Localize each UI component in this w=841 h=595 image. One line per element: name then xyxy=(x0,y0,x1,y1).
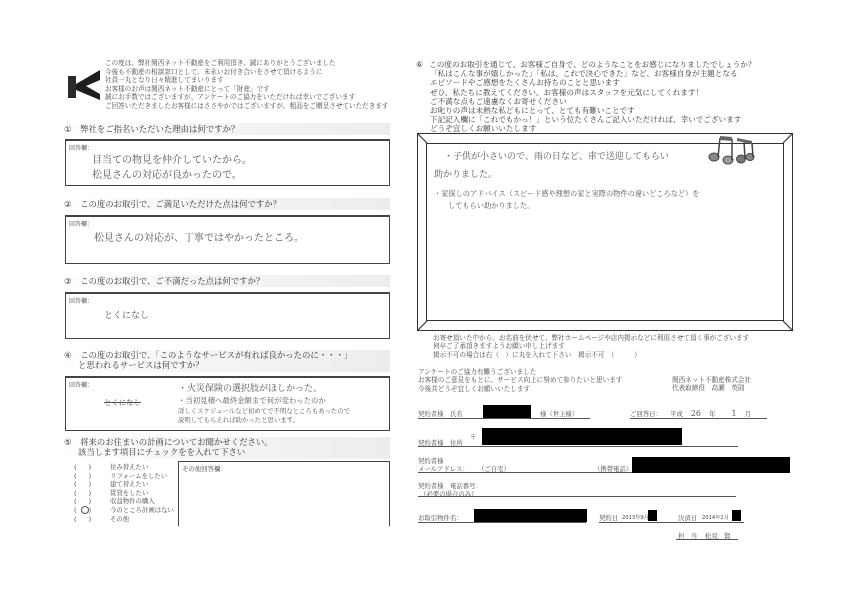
answer-label: 回答欄： xyxy=(69,219,93,228)
handwritten-answer: してもらい助かりました。 xyxy=(430,200,699,212)
question-number: ③ xyxy=(64,276,72,286)
email-field[interactable] xyxy=(418,472,632,473)
name-label: 契約者様 氏名 xyxy=(418,409,463,418)
other-answer-label: その他回答欄： xyxy=(182,464,227,473)
name-suffix: 様（世主様） xyxy=(540,409,578,418)
other-answer-box[interactable]: その他回答欄： xyxy=(178,461,390,526)
date-field[interactable] xyxy=(630,418,767,419)
handwritten-answer: とくになし xyxy=(104,308,149,321)
handwritten-answer: 松見さんの対応が良かったので。 xyxy=(92,166,242,181)
answer-label: 回答欄： xyxy=(69,380,93,389)
answer-label: 回答欄： xyxy=(69,296,93,305)
answer-box-1[interactable]: 回答欄： 目当ての物見を仲介していたから。 松見さんの対応が良かったので。 xyxy=(65,139,390,186)
settlement-date-label: 決済日 xyxy=(678,513,697,522)
k-logo-icon xyxy=(68,68,100,100)
answer-box-2[interactable]: 回答欄： 松見さんの対応が、丁寧ではやかったところ。 xyxy=(65,215,390,264)
dates-underline xyxy=(599,522,744,523)
handwritten-answer: ・家探しのアドバイス（スピード感や理想の家と実際の物件の違いどころなど）を xyxy=(430,188,699,200)
handwritten-answer: 目当ての物見を仲介していたから。 xyxy=(92,151,252,166)
question-number: ② xyxy=(64,199,72,209)
intro-line: 誠にお手数ではございますが、アンケートのご協力をいただければ幸いでございます xyxy=(105,93,389,102)
month-unit: 月 xyxy=(745,410,751,418)
crossed-out-answer: とくになし xyxy=(104,398,141,408)
question-number: ⑥ xyxy=(416,60,423,69)
question-text: と思われるサービスは何ですか？ xyxy=(78,360,352,370)
handwritten-answer-6: ・子供が小さいので、雨の日など、車で送迎してもらい 助かりました。 ・家探しのア… xyxy=(430,150,699,212)
redacted-contract-day xyxy=(648,510,657,521)
thanks-text: アンケートのご協力有難うございました お客様のご意見をもとに、サービス向上に努め… xyxy=(418,368,622,393)
year-value: 26 xyxy=(691,409,701,418)
redacted-name xyxy=(483,405,531,419)
question-text: 該当します項目にチェックをを入れて下さい xyxy=(78,447,273,457)
question-3: ③ この度のお取引で、ご不満だった点は何ですか？ xyxy=(64,276,264,286)
intro-text: この度は、弊社関西ネット不動産をご利用頂き、誠にありがとうございました 今後も不… xyxy=(105,59,389,111)
question-text: 将来のお住まいの計画についてお聞かせください。 xyxy=(80,437,272,447)
year-unit: 年 xyxy=(709,410,715,418)
question-text: この度のお取引で、ご不満だった点は何ですか？ xyxy=(80,276,264,286)
consent-text: お寄せ頂いた中から、お名前を伏せて、弊社ホームページや店内掲示などに利用させて頂… xyxy=(433,334,749,359)
question-text: お叱りの声は未熟な私どもにとって、とても有難いことです xyxy=(430,106,755,115)
contract-date-label: 契約日 xyxy=(599,513,618,522)
question-5: ⑤ 将来のお住まいの計画についてお聞かせください。 該当します項目にチェックをを… xyxy=(64,437,273,457)
era: 平成 xyxy=(670,410,683,418)
redacted-email xyxy=(632,457,790,473)
plan-option-label: その他 xyxy=(110,515,129,523)
redacted-address xyxy=(482,428,682,445)
phone-field[interactable] xyxy=(418,496,736,497)
staff-underline xyxy=(676,539,738,540)
plan-option[interactable]: ( )その他 xyxy=(74,514,129,523)
handwritten-answer: ・子供が小さいので、雨の日など、車で送迎してもらい xyxy=(430,150,699,164)
question-text: 弊社をご指名いただいた理由は何ですか？ xyxy=(80,124,239,134)
month-value: 1 xyxy=(732,409,737,418)
question-1: ① 弊社をご指名いただいた理由は何ですか？ xyxy=(64,124,239,134)
answer-box-4[interactable]: 回答欄： とくになし ・火災保険の選択肢がほしかった。 ・当初見積へ最終金額まで… xyxy=(65,376,390,431)
question-text: この度のお取引で、「このようなサービスが有れば良かったのに・・・」 xyxy=(80,350,352,360)
question-text: この度のお取引を通じて、お客様ご自身で、どのようなことをお感じになりましたでしょ… xyxy=(429,60,755,69)
address-field[interactable] xyxy=(418,446,738,447)
consent-line: 掲示不可の場合は右（ ）に丸を入れて下さい 掲示不可 （ ） xyxy=(433,351,749,359)
handwritten-answer: 松見さんの対応が、丁寧ではやかったところ。 xyxy=(94,229,304,244)
question-4: ④ この度のお取引で、「このようなサービスが有れば良かったのに・・・」 と思われ… xyxy=(64,350,352,370)
answer-box-3[interactable]: 回答欄： とくになし xyxy=(65,292,390,339)
redacted-settlement-day xyxy=(732,510,741,521)
question-text: ぜひ、私たちに教えてください。お客様の声はスタッフを元気にしてくれます！ xyxy=(430,88,755,97)
answer-date: ご回答日： 平成 26 年 1 月 xyxy=(630,409,751,418)
question-text: ご不満な点もご遠慮なくお寄せください xyxy=(430,97,755,106)
redacted-property xyxy=(474,509,587,522)
property-field[interactable] xyxy=(418,522,586,523)
settlement-date: 2014年1月 xyxy=(702,514,729,521)
consent-line: 何卒ご了承頂きますようお願い申し上げます xyxy=(433,342,749,350)
representative-name: 代表取締役 高瀬 英則 xyxy=(672,384,751,392)
question-text: この度のお取引で、ご満足いただけた点は何ですか？ xyxy=(80,199,281,209)
question-number: ⑤ xyxy=(64,437,72,447)
intro-line: ご回答いただきましたお客様にはささやかではございますが、粗品をご贈呈させていただ… xyxy=(105,102,389,111)
question-number: ④ xyxy=(64,350,72,360)
property-label: お取引物件名： xyxy=(418,513,463,522)
intro-line: この度は、弊社関西ネット不動産をご利用頂き、誠にありがとうございました xyxy=(105,59,389,68)
question-text: エピソードやご感想をたくさんお持ちのことと思います xyxy=(430,78,755,87)
answer-label: 回答欄： xyxy=(69,143,93,152)
question-number: ① xyxy=(64,124,72,134)
name-field[interactable] xyxy=(418,418,590,419)
thanks-line: 今後共どうぞ宜しくお願いいたします xyxy=(418,385,622,393)
date-label: ご回答日： xyxy=(630,410,662,418)
checkbox-bracket[interactable]: ( ) xyxy=(74,515,104,523)
music-notes-icon xyxy=(708,135,756,167)
intro-line: 今後も不動産の相談窓口として、末永いお付き合いをさせて頂けるように xyxy=(105,68,389,77)
handwritten-answer: 助かりました。 xyxy=(430,168,699,182)
postal-mark: 〒 xyxy=(470,432,476,441)
intro-line: 社員一丸となり日々精進してまいります xyxy=(105,76,389,85)
handwritten-answer: 説明してもらえれば助かったと思います。 xyxy=(178,415,299,425)
handwritten-answer: ・火災保険の選択肢がほしかった。 xyxy=(178,381,322,394)
company-info: 関西ネット不動産株式会社 代表取締役 高瀬 英則 xyxy=(672,376,751,393)
question-6: ⑥ この度のお取引を通じて、お客様ご自身で、どのようなことをお感じになりましたで… xyxy=(416,60,755,134)
question-2: ② この度のお取引で、ご満足いただけた点は何ですか？ xyxy=(64,199,281,209)
handwritten-answer: ・当初見積へ最終金額まで何が変わったのか xyxy=(178,396,326,406)
contract-date: 2013年9月 xyxy=(622,514,649,521)
thanks-line: お客様のご意見をもとに、サービス向上に努めて参りたいと思います xyxy=(418,376,622,384)
